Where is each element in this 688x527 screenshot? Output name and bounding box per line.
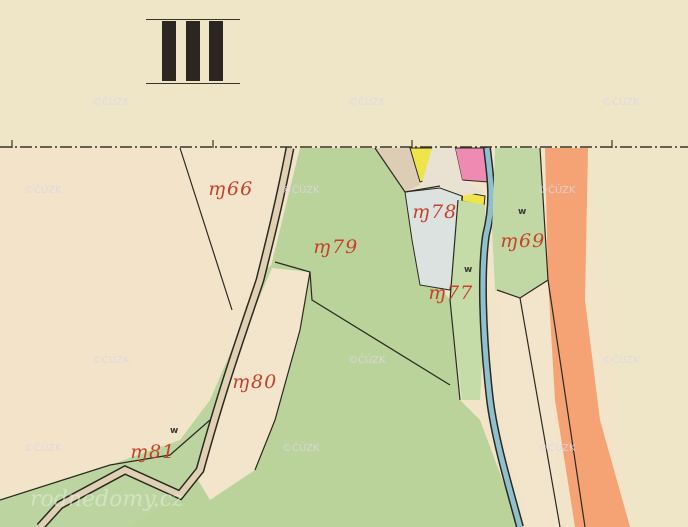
credit-watermark: rodnedomy.cz	[30, 487, 184, 512]
watermark: ©ČÚZK	[92, 355, 130, 366]
watermark: ©ČÚZK	[24, 443, 62, 454]
watermark: ©ČÚZK	[282, 443, 320, 454]
watermark: ©ČÚZK	[348, 355, 386, 366]
cadastral-map[interactable]: ɱ66 ɱ79 ɱ78 ɱ69 ɱ77 ɱ80 ɱ81 ᴡ ᴡ ᴡ ©ČÚZK …	[0, 0, 688, 527]
meadow-symbol-icon: ᴡ	[518, 207, 526, 217]
parcel-369	[492, 148, 548, 298]
watermark: ©ČÚZK	[538, 185, 576, 196]
watermark: ©ČÚZK	[602, 97, 640, 108]
watermark: ©ČÚZK	[92, 97, 130, 108]
parcel-label-366[interactable]: ɱ66	[208, 180, 253, 199]
parcel-label-369[interactable]: ɱ69	[500, 232, 545, 251]
watermark: ©ČÚZK	[24, 185, 62, 196]
watermark: ©ČÚZK	[602, 355, 640, 366]
section-numeral-III	[146, 17, 240, 87]
parcel-label-378[interactable]: ɱ78	[412, 203, 457, 222]
map-drawing	[0, 0, 688, 527]
watermark: ©ČÚZK	[538, 443, 576, 454]
meadow-symbol-icon: ᴡ	[170, 426, 178, 436]
parcel-label-377[interactable]: ɱ77	[428, 284, 473, 303]
parcel-label-380[interactable]: ɱ80	[232, 373, 277, 392]
parcel-label-381[interactable]: ɱ81	[130, 443, 175, 462]
watermark: ©ČÚZK	[282, 185, 320, 196]
meadow-symbol-icon: ᴡ	[464, 265, 472, 275]
watermark: ©ČÚZK	[348, 97, 386, 108]
parcel-label-379[interactable]: ɱ79	[313, 238, 358, 257]
